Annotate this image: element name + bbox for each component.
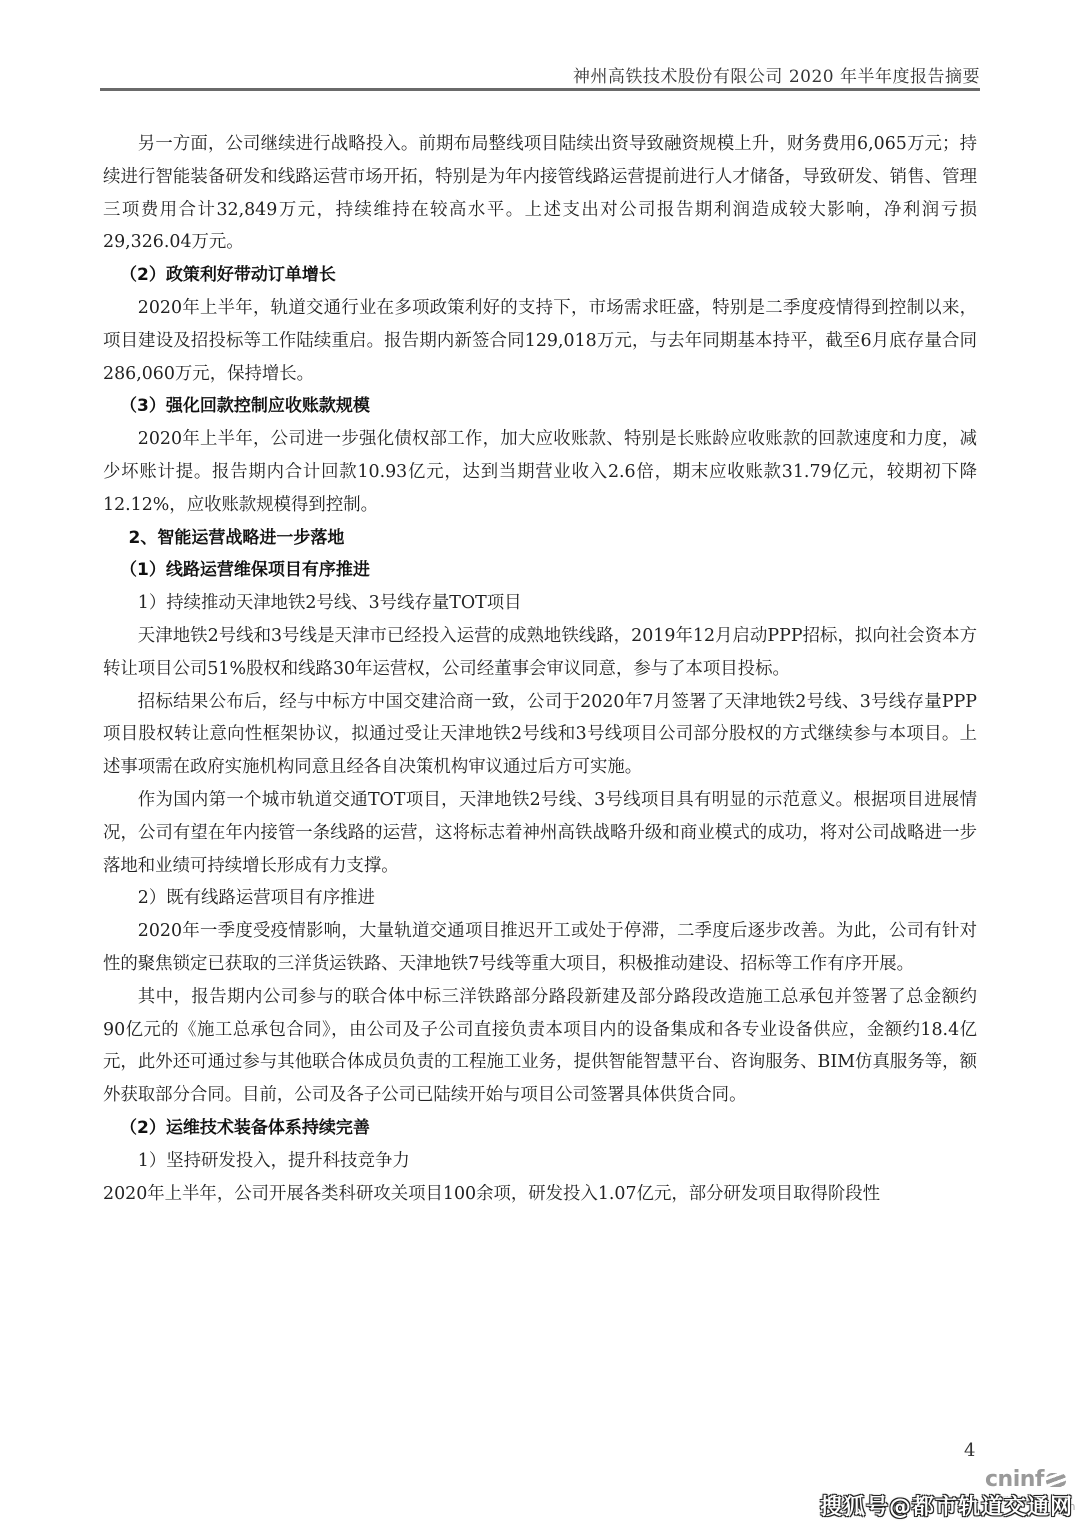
paragraph-tianjin-lines: 天津地铁2号线和3号线是天津市已经投入运营的成熟地铁线路，2019年12月启动P… — [103, 620, 977, 686]
paragraph-tot-significance: 作为国内第一个城市轨道交通TOT项目，天津地铁2号线、3号线项目具有明显的示范意… — [103, 784, 977, 882]
paragraph-strategic-investment: 另一方面，公司继续进行战略投入。前期布局整线项目陆续出资导致融资规模上升，财务费… — [103, 128, 977, 259]
cninf-logo: cninf — [985, 1467, 1066, 1492]
heading-line-operations: （1）线路运营维保项目有序推进 — [103, 554, 977, 587]
paragraph-tender-result: 招标结果公布后，经与中标方中国交建洽商一致，公司于2020年7月签署了天津地铁2… — [103, 686, 977, 784]
page-header: 神州高铁技术股份有限公司 2020 年半年度报告摘要 — [100, 60, 980, 91]
paragraph-covid-impact: 2020年一季度受疫情影响，大量轨道交通项目推迟开工或处于停滞，二季度后逐步改善… — [103, 915, 977, 981]
paragraph-policy-orders: 2020年上半年，轨道交通行业在多项政策利好的支持下，市场需求旺盛，特别是二季度… — [103, 292, 977, 390]
report-title: 神州高铁技术股份有限公司 2020 年半年度报告摘要 — [573, 62, 980, 87]
subheading-existing-lines: 2）既有线路运营项目有序推进 — [103, 882, 977, 915]
subheading-rnd-investment: 1）坚持研发投入，提升科技竞争力 — [103, 1145, 977, 1178]
paragraph-sanyang-railway: 其中，报告期内公司参与的联合体中标三洋铁路部分路段新建及部分路段改造施工总承包并… — [103, 981, 977, 1112]
heading-smart-operations: 2、智能运营战略进一步落地 — [103, 522, 977, 555]
paragraph-rnd: 2020年上半年，公司开展各类科研攻关项目100余项，研发投入1.07亿元，部分… — [103, 1178, 977, 1211]
heading-tech-equipment: （2）运维技术装备体系持续完善 — [103, 1112, 977, 1145]
document-body: 另一方面，公司继续进行战略投入。前期布局整线项目陆续出资导致融资规模上升，财务费… — [103, 128, 977, 1210]
sohu-watermark: 搜狐号@都市轨道交通网 — [820, 1490, 1073, 1521]
paragraph-receivables: 2020年上半年，公司进一步强化债权部工作，加大应收账款、特别是长账龄应收账款的… — [103, 423, 977, 521]
cninf-logo-icon — [1046, 1473, 1066, 1487]
subheading-tianjin-tot: 1）持续推动天津地铁2号线、3号线存量TOT项目 — [103, 587, 977, 620]
page-number: 4 — [964, 1440, 975, 1461]
cninf-logo-text: cninf — [985, 1467, 1044, 1492]
heading-receivables: （3）强化回款控制应收账款规模 — [103, 390, 977, 423]
heading-policy-orders: （2）政策利好带动订单增长 — [103, 259, 977, 292]
